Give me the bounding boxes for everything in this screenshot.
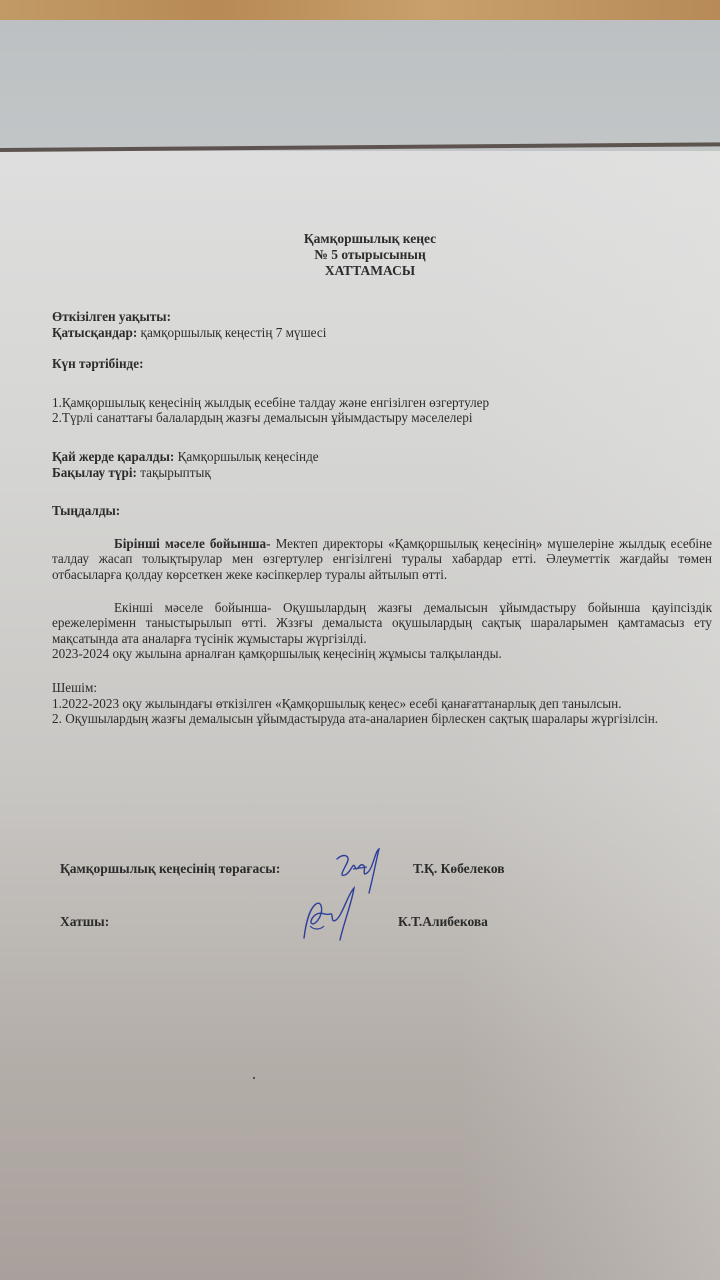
secretary-signature-icon bbox=[300, 886, 360, 944]
heard-paragraph-1: Бірінші мәселе бойынша- Мектеп директоры… bbox=[52, 536, 712, 583]
chair-name: Т.Қ. Көбелеков bbox=[413, 861, 505, 877]
first-issue-lead: Бірінші мәселе бойынша- bbox=[114, 536, 271, 551]
chair-label: Қамқоршылық кеңесінің төрағасы: bbox=[60, 861, 280, 877]
time-label: Өткізілген уақыты: bbox=[52, 309, 171, 324]
review-place-label: Қай жерде қаралды: bbox=[52, 449, 174, 464]
cork-board-background bbox=[0, 0, 720, 22]
secretary-name: К.Т.Алибекова bbox=[398, 914, 488, 930]
review-place-value: Қамқоршылық кеңесінде bbox=[178, 449, 319, 464]
decision-item: 2. Оқушылардың жазғы демалысын ұйымдасты… bbox=[52, 711, 712, 727]
participants: Қатысқандар: қамқоршылық кеңестің 7 мүше… bbox=[52, 325, 712, 341]
title-line-2: № 5 отырысының bbox=[52, 247, 688, 263]
heard-paragraph-3: 2023-2024 оқу жылына арналған қамқоршылы… bbox=[52, 646, 712, 662]
control-type-label: Бақылау түрі: bbox=[52, 465, 137, 480]
heard-paragraph-2: Екінші мәселе бойынша- Оқушылардың жазғы… bbox=[52, 600, 712, 647]
participants-label: Қатысқандар: bbox=[52, 325, 137, 340]
control-type: Бақылау түрі: тақырыптық bbox=[52, 465, 712, 481]
review-place: Қай жерде қаралды: Қамқоршылық кеңесінде bbox=[52, 449, 712, 465]
participants-value: қамқоршылық кеңестің 7 мүшесі bbox=[141, 325, 327, 340]
document-title: Қамқоршылық кеңес № 5 отырысының ХАТТАМА… bbox=[52, 231, 688, 279]
decision-heading: Шешім: bbox=[52, 680, 712, 696]
heard-heading: Тыңдалды: bbox=[52, 503, 712, 519]
paper-speck bbox=[253, 1077, 255, 1079]
agenda-heading: Күн тәртібінде: bbox=[52, 356, 712, 372]
meeting-time: Өткізілген уақыты: bbox=[52, 309, 712, 325]
agenda-item: 2.Түрлі санаттағы балалардың жазғы демал… bbox=[52, 410, 712, 426]
agenda-item: 1.Қамқоршылық кеңесінің жылдық есебіне т… bbox=[52, 395, 712, 411]
control-type-value: тақырыптық bbox=[140, 465, 211, 480]
back-sheet bbox=[0, 20, 720, 160]
title-line-3: ХАТТАМАСЫ bbox=[52, 263, 688, 279]
title-line-1: Қамқоршылық кеңес bbox=[52, 231, 688, 247]
decision-item: 1.2022-2023 оқу жылындағы өткізілген «Қа… bbox=[52, 696, 712, 712]
secretary-label: Хатшы: bbox=[60, 914, 109, 930]
protocol-document: Қамқоршылық кеңес № 5 отырысының ХАТТАМА… bbox=[52, 231, 712, 727]
